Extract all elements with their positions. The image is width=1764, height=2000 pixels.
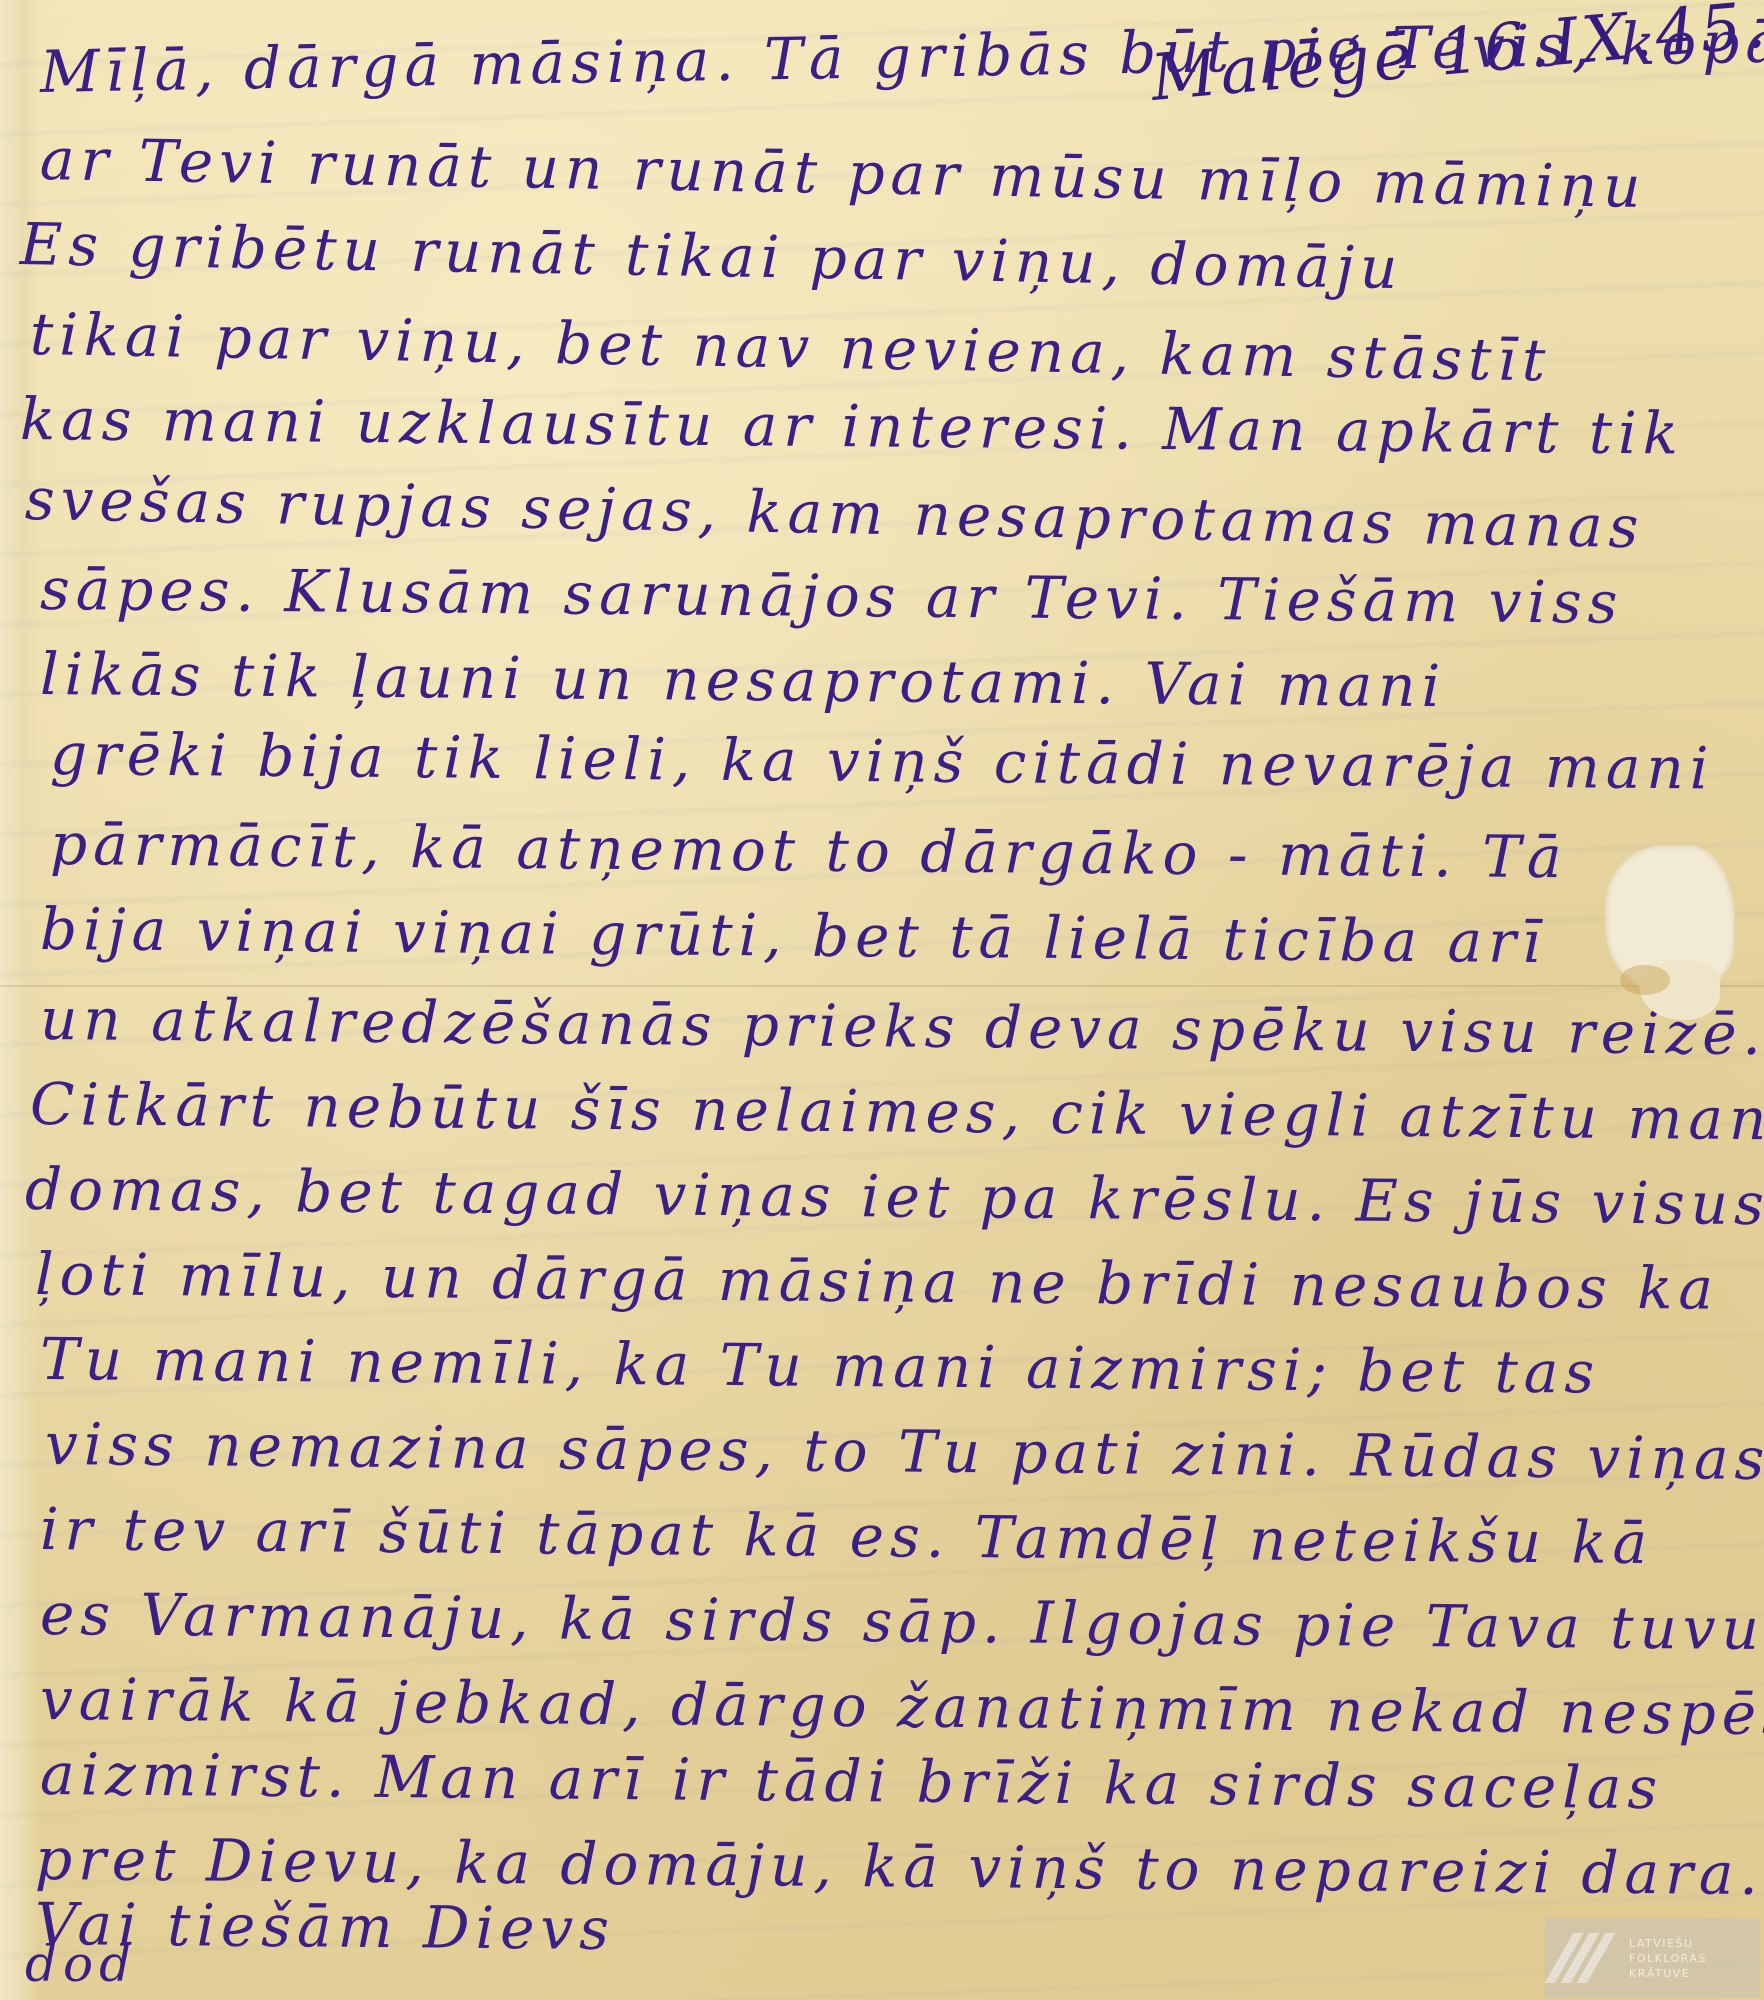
watermark-line: FOLKLORAS bbox=[1629, 1951, 1707, 1966]
watermark-line: LATVIEŠU bbox=[1629, 1936, 1707, 1951]
letter-line: ar Tevi runāt un runāt par mūsu mīļo mām… bbox=[39, 125, 1647, 221]
letter-line: Tu mani nemīli, ka Tu mani aizmirsi; bet… bbox=[40, 1325, 1601, 1407]
letter-line: sāpes. Klusām sarunājos ar Tevi. Tiešām … bbox=[40, 555, 1624, 637]
letter-line: ir tev arī šūti tāpat kā es. Tamdēļ nete… bbox=[40, 1495, 1654, 1577]
letter-line: grēki bija tik lieli, ka viņš citādi nev… bbox=[50, 720, 1715, 803]
letter-line: es Varmanāju, kā sirds sāp. Ilgojas pie … bbox=[40, 1580, 1764, 1664]
letter-line: un atkalredzēšanās prieks deva spēku vis… bbox=[40, 985, 1764, 1068]
letter-line: Citkārt nebūtu šīs nelaimes, cik viegli … bbox=[30, 1070, 1764, 1154]
archive-watermark: LATVIEŠU FOLKLORAS KRĀTUVE bbox=[1545, 1918, 1760, 1998]
letter-line: Es gribētu runāt tikai par viņu, domāju bbox=[19, 210, 1404, 302]
letter-line: pārmācīt, kā atņemot to dārgāko - māti. … bbox=[50, 810, 1568, 891]
letter-line: vairāk kā jebkad, dārgo žanatiņmīm nekad… bbox=[40, 1665, 1764, 1748]
watermark-line: KRĀTUVE bbox=[1629, 1966, 1707, 1981]
letter-line: Mīļā, dārgā māsiņa. Tā gribās būt pie Te… bbox=[39, 8, 1764, 106]
letter-line: bija viņai viņai grūti, bet tā lielā tic… bbox=[40, 895, 1547, 976]
archive-logo-icon bbox=[1553, 1928, 1613, 1988]
letter-line: viss nemazina sāpes, to Tu pati zini. Rū… bbox=[45, 1410, 1764, 1493]
letter-line: likās tik ļauni un nesaprotami. Vai mani bbox=[40, 640, 1447, 720]
letter-line: svešas rupjas sejas, kam nesaprotamas ma… bbox=[24, 465, 1645, 561]
letter-page: Malēģē 16.IX.45.g. Mīļā, dārgā māsiņa. T… bbox=[0, 0, 1764, 2000]
letter-line: ļoti mīlu, un dārgā māsiņa ne brīdi nesa… bbox=[35, 1240, 1720, 1323]
letter-line: aizmirst. Man arī ir tādi brīži ka sirds… bbox=[40, 1740, 1664, 1822]
letter-line: kas mani uzklausītu ar interesi. Man apk… bbox=[20, 385, 1685, 468]
letter-line: domas, bet tagad viņas iet pa krēslu. Es… bbox=[25, 1155, 1764, 1238]
paper-stain bbox=[1620, 965, 1670, 995]
letter-line: dod bbox=[25, 1935, 137, 1993]
letter-line: tikai par viņu, bet nav neviena, kam stā… bbox=[29, 300, 1552, 395]
